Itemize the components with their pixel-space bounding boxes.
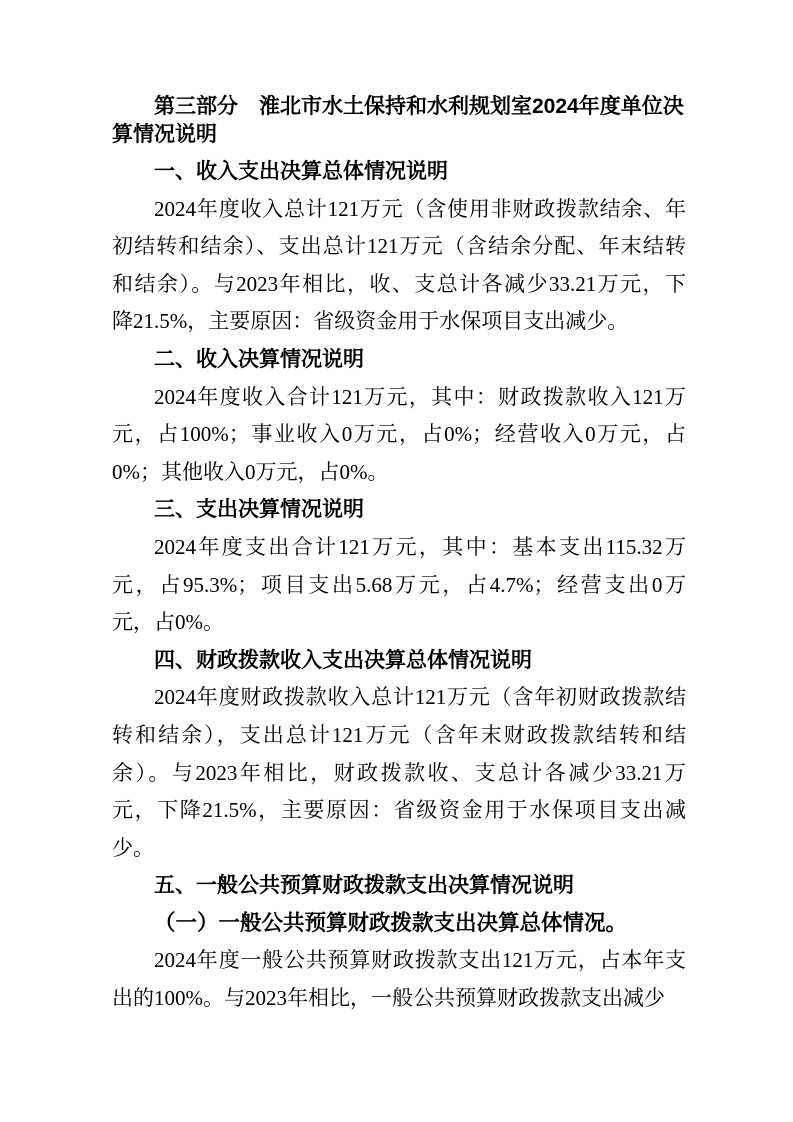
document-title: 第三部分 淮北市水土保持和水利规划室2024年度单位决 算情况说明 [112,93,686,148]
section-heading-4: 四、财政拨款收入支出决算总体情况说明 [112,642,686,680]
section-heading-5: 五、一般公共预算财政拨款支出决算情况说明 [112,867,686,905]
section-heading-2: 二、收入决算情况说明 [112,341,686,379]
paragraph-line: 余）。与2023年相比，财政拨款收、支总计各减少33.21万 [112,755,686,793]
paragraph-line: 转和结余），支出总计121万元（含年末财政拨款结转和结 [112,717,686,755]
paragraph-line: 2024年度收入合计121万元，其中：财政拨款收入121万 [112,379,686,417]
paragraph-line: 和结余）。与2023年相比，收、支总计各减少33.21万元，下 [112,266,686,304]
paragraph-line: 2024年度财政拨款收入总计121万元（含年初财政拨款结 [112,679,686,717]
paragraph: 2024年度收入合计121万元，其中：财政拨款收入121万 元，占100%；事业… [112,379,686,492]
section-income-details: 二、收入决算情况说明 2024年度收入合计121万元，其中：财政拨款收入121万… [112,341,686,491]
document-title-line-2: 算情况说明 [112,121,686,149]
paragraph: 2024年度财政拨款收入总计121万元（含年初财政拨款结 转和结余），支出总计1… [112,679,686,867]
paragraph-line: 元，占95.3%；项目支出5.68万元，占4.7%；经营支出0万 [112,567,686,605]
paragraph: 2024年度支出合计121万元，其中：基本支出115.32万 元，占95.3%；… [112,529,686,642]
paragraph-line: 元，下降21.5%，主要原因：省级资金用于水保项目支出减 [112,792,686,830]
paragraph-line: 2024年度一般公共预算财政拨款支出121万元，占本年支 [112,942,686,980]
paragraph-line: 2024年度支出合计121万元，其中：基本支出115.32万 [112,529,686,567]
section-expenditure-details: 三、支出决算情况说明 2024年度支出合计121万元，其中：基本支出115.32… [112,491,686,641]
document-content: 第三部分 淮北市水土保持和水利规划室2024年度单位决 算情况说明 一、收入支出… [112,93,686,1018]
paragraph-line: 降21.5%，主要原因：省级资金用于水保项目支出减少。 [112,303,686,341]
document-page: 第三部分 淮北市水土保持和水利规划室2024年度单位决 算情况说明 一、收入支出… [0,0,793,1122]
paragraph: 2024年度收入总计121万元（含使用非财政拨款结余、年 初结转和结余）、支出总… [112,191,686,341]
paragraph-line: 0%；其他收入0万元，占0%。 [112,454,686,492]
section-heading-1: 一、收入支出决算总体情况说明 [112,153,686,191]
section-fiscal-appropriation-overview: 四、财政拨款收入支出决算总体情况说明 2024年度财政拨款收入总计121万元（含… [112,642,686,868]
paragraph-line: 2024年度收入总计121万元（含使用非财政拨款结余、年 [112,191,686,229]
paragraph-line: 少。 [112,830,686,868]
paragraph-line: 出的100%。与2023年相比，一般公共预算财政拨款支出减少 [112,980,686,1018]
paragraph: 2024年度一般公共预算财政拨款支出121万元，占本年支 出的100%。与202… [112,942,686,1017]
section-income-expenditure-overview: 一、收入支出决算总体情况说明 2024年度收入总计121万元（含使用非财政拨款结… [112,153,686,341]
paragraph-line: 元，占100%；事业收入0万元，占0%；经营收入0万元，占 [112,416,686,454]
section-general-public-budget-expenditure: 五、一般公共预算财政拨款支出决算情况说明 （一）一般公共预算财政拨款支出决算总体… [112,867,686,1017]
subsection-heading: （一）一般公共预算财政拨款支出决算总体情况。 [112,905,686,943]
document-title-line-1: 第三部分 淮北市水土保持和水利规划室2024年度单位决 [112,93,686,121]
paragraph-line: 元，占0%。 [112,604,686,642]
section-heading-3: 三、支出决算情况说明 [112,491,686,529]
paragraph-line: 初结转和结余）、支出总计121万元（含结余分配、年末结转 [112,228,686,266]
